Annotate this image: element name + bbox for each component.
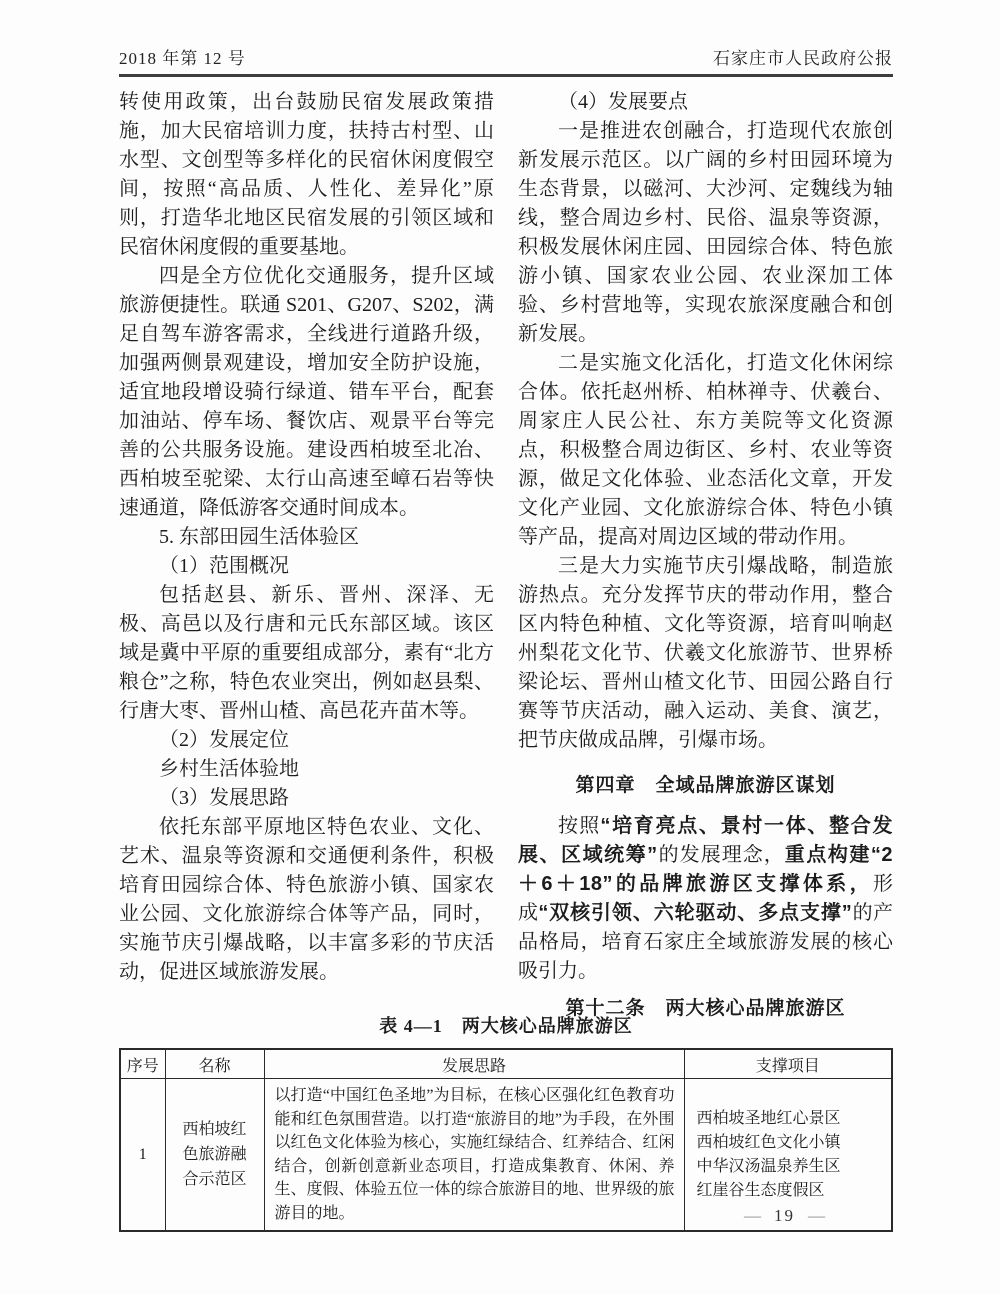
subsection-1-heading: （1）范围概况 <box>119 552 494 581</box>
project-line: 红崖谷生态度假区 <box>697 1179 886 1203</box>
left-column: 转使用政策，出台鼓励民宿发展政策措施，加大民宿培训力度，扶持古村型、山水型、文创… <box>119 88 494 1023</box>
text-run: 的发展理念， <box>658 844 785 866</box>
column-header-projects: 支撑项目 <box>684 1049 892 1079</box>
column-header-no: 序号 <box>120 1049 165 1079</box>
paragraph-development-idea: 依托东部平原地区特色农业、文化、艺术、温泉等资源和交通便利条件，积极培育田园综合… <box>119 813 494 987</box>
publication-title: 石家庄市人民政府公报 <box>713 44 893 69</box>
cell-development-idea: 以打造“中国红色圣地”为目标，在核心区强化红色教育功能和红色氛围营造。以打造“旅… <box>264 1079 684 1232</box>
project-line: 西柏坡红色文化小镇 <box>697 1131 886 1155</box>
paragraph-point-one: 一是推进农创融合，打造现代农旅创新发展示范区。以广阔的乡村田园环境为生态背景，以… <box>518 117 893 349</box>
page-footer: — 19 — <box>744 1206 825 1226</box>
right-column: （4）发展要点 一是推进农创融合，打造现代农旅创新发展示范区。以广阔的乡村田园环… <box>518 88 893 1023</box>
table-section: 表 4—1 两大核心品牌旅游区 序号 名称 发展思路 支撑项目 1 西柏坡红色旅… <box>119 1012 893 1232</box>
project-line: 西柏坡圣地红心景区 <box>697 1107 886 1131</box>
paragraph-transport: 四是全方位优化交通服务，提升区域旅游便捷性。联通 S201、G207、S202，… <box>119 262 494 523</box>
column-header-name: 名称 <box>165 1049 264 1079</box>
cell-zone-name: 西柏坡红色旅游融合示范区 <box>165 1079 264 1232</box>
table-title: 表 4—1 两大核心品牌旅游区 <box>119 1012 893 1038</box>
paragraph-point-three: 三是大力实施节庆引爆战略，制造旅游热点。充分发挥节庆的带动作用，整合区内特色种植… <box>518 552 893 755</box>
column-header-idea: 发展思路 <box>264 1049 684 1079</box>
chapter-heading: 第四章 全域品牌旅游区谋划 <box>518 771 893 800</box>
section-5-heading: 5. 东部田园生活体验区 <box>119 523 494 552</box>
paragraph-point-two: 二是实施文化活化，打造文化休闲综合体。依托赵州桥、柏林禅寺、伏羲台、周家庄人民公… <box>518 349 893 552</box>
table-header-row: 序号 名称 发展思路 支撑项目 <box>120 1049 892 1079</box>
subsection-3-heading: （3）发展思路 <box>119 784 494 813</box>
subsection-4-heading: （4）发展要点 <box>518 88 893 117</box>
paragraph-scope: 包括赵县、新乐、晋州、深泽、无极、高邑以及行唐和元氏东部区域。该区域是冀中平原的… <box>119 581 494 726</box>
gazette-page: 2018 年第 12 号 石家庄市人民政府公报 转使用政策，出台鼓励民宿发展政策… <box>0 0 1000 1294</box>
subsection-2-heading: （2）发展定位 <box>119 726 494 755</box>
paragraph-positioning: 乡村生活体验地 <box>119 755 494 784</box>
paragraph-continuation: 转使用政策，出台鼓励民宿发展政策措施，加大民宿培训力度，扶持古村型、山水型、文创… <box>119 88 494 262</box>
paragraph-chapter-lead: 按照“培育亮点、景村一体、整合发展、区域统筹”的发展理念，重点构建“2＋6＋18… <box>518 812 893 986</box>
project-line: 中华汉汤温泉养生区 <box>697 1155 886 1179</box>
header-rule <box>119 74 893 77</box>
text-run: 按照 <box>558 815 600 837</box>
footer-dash-right: — <box>808 1206 825 1226</box>
issue-number: 2018 年第 12 号 <box>119 44 246 69</box>
footer-dash-left: — <box>744 1206 761 1226</box>
page-number: 19 <box>774 1206 795 1226</box>
body-columns: 转使用政策，出台鼓励民宿发展政策措施，加大民宿培训力度，扶持古村型、山水型、文创… <box>119 88 893 1023</box>
page-header: 2018 年第 12 号 石家庄市人民政府公报 <box>119 44 893 69</box>
text-run-bold: “双核引领、六轮驱动、多点支撑” <box>538 902 852 924</box>
core-brand-zones-table: 序号 名称 发展思路 支撑项目 1 西柏坡红色旅游融合示范区 以打造“中国红色圣… <box>119 1048 893 1232</box>
cell-serial-number: 1 <box>120 1079 165 1232</box>
